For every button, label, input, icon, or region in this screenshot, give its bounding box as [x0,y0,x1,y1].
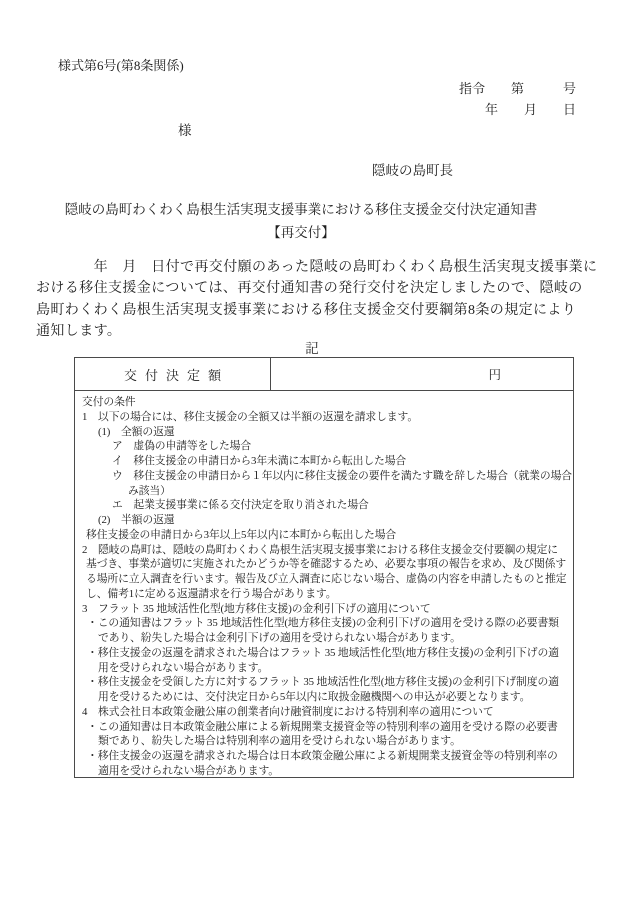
condition-line: し、備考1に定める返還請求を行う場合があります。 [82,587,569,602]
paragraph-line: おける移住支援金については、再交付通知書の発行交付を決定しましたので、隠岐の [36,278,592,299]
condition-line: (1) 全額の返還 [82,425,569,440]
condition-line: エ 起業支援事業に係る交付決定を取り消された場合 [82,498,569,513]
condition-line: 類であり、紛失した場合は特別利率の適用を受けられない場合があります。 [82,734,569,749]
condition-line: ア 虚偽の申請等をした場合 [82,439,569,454]
condition-line: る場所に立入調査を行います。報告及び立入調査に応じない場合、虚偽の内容を申請した… [82,572,569,587]
document-title: 隠岐の島町わくわく島根生活実現支援事業における移住支援金交付決定通知書 [36,198,566,218]
grant-decision-table: 交付決定額 円 交付の条件1 以下の場合には、移住支援金の全額又は半額の返還を請… [74,357,574,778]
condition-line: 移住支援金の申請日から3年以上5年以内に本町から転出した場合 [82,528,569,543]
condition-line: 適用を受けられない場合があります。 [82,764,569,779]
condition-line: 3 フラット 35 地域活性化型(地方移住支援)の金利引下げの適用について [82,602,569,617]
sender-mayor: 隠岐の島町長 [372,159,453,179]
paragraph-line: 年 月 日付で再交付願のあった隠岐の島町わくわく島根生活実現支援事業に [36,257,592,278]
condition-line: ・移住支援金の返還を請求された場合は日本政策金融公庫による新規開業支援資金等の特… [82,749,569,764]
condition-line: ・移住支援金の返還を請求された場合はフラット 35 地域活性化型(地方移住支援)… [82,646,569,661]
grant-amount-value: 円 [271,358,573,390]
condition-line: 用を受けるためには、交付決定日から5年以内に取扱金融機関への申込が必要となります… [82,690,569,705]
record-marker: 記 [36,337,588,357]
addressee-suffix: 様 [178,119,192,139]
condition-line: 4 株式会社日本政策金融公庫の創業者向け融資制度における特別利率の適用について [82,705,569,720]
condition-line: ・この通知書はフラット 35 地域活性化型(地方移住支援)の金利引下げの適用を受… [82,616,569,631]
condition-line: 基づき、事業が適切に実施されたかどうか等を確認するため、必要な事項の報告を求め、… [82,557,569,572]
notification-paragraph: 年 月 日付で再交付願のあった隠岐の島町わくわく島根生活実現支援事業における移住… [36,257,592,342]
document-subtitle-reissue: 【再交付】 [36,221,566,241]
directive-number-line: 指令 第 号 [459,78,576,97]
document-page: 様式第6号(第8条関係) 指令 第 号 年 月 日 様 隠岐の島町長 隠岐の島町… [0,0,630,903]
grant-conditions-body: 交付の条件1 以下の場合には、移住支援金の全額又は半額の返還を請求します。(1)… [75,391,573,779]
condition-line: イ 移住支援金の申請日から3年未満に本町から転出した場合 [82,454,569,469]
grant-amount-label: 交付決定額 [75,358,271,390]
condition-line: 1 以下の場合には、移住支援金の全額又は半額の返還を請求します。 [82,410,569,425]
issue-date-line: 年 月 日 [485,99,576,118]
condition-line: ・移住支援金を受領した方に対するフラット 35 地域活性化型(地方移住支援)の金… [82,675,569,690]
condition-line: 交付の条件 [82,395,569,410]
condition-line: ウ 移住支援金の申請日から１年以内に移住支援金の要件を満たす職を辞した場合（就業… [82,469,569,484]
form-number: 様式第6号(第8条関係) [58,55,184,74]
condition-line: であり、紛失した場合は金利引下げの適用を受けられない場合があります。 [82,631,569,646]
condition-line: (2) 半額の返還 [82,513,569,528]
condition-line: 2 隠岐の島町は、隠岐の島町わくわく島根生活実現支援事業における移住支援金交付要… [82,543,569,558]
grant-amount-row: 交付決定額 円 [75,358,573,391]
condition-line: み該当） [82,484,569,499]
paragraph-line: 島町わくわく島根生活実現支援事業における移住支援金交付要綱第8条の規定により [36,300,592,321]
condition-line: 用を受けられない場合があります。 [82,661,569,676]
condition-line: ・この通知書は日本政策金融公庫による新規開業支援資金等の特別利率の適用を受ける際… [82,720,569,735]
